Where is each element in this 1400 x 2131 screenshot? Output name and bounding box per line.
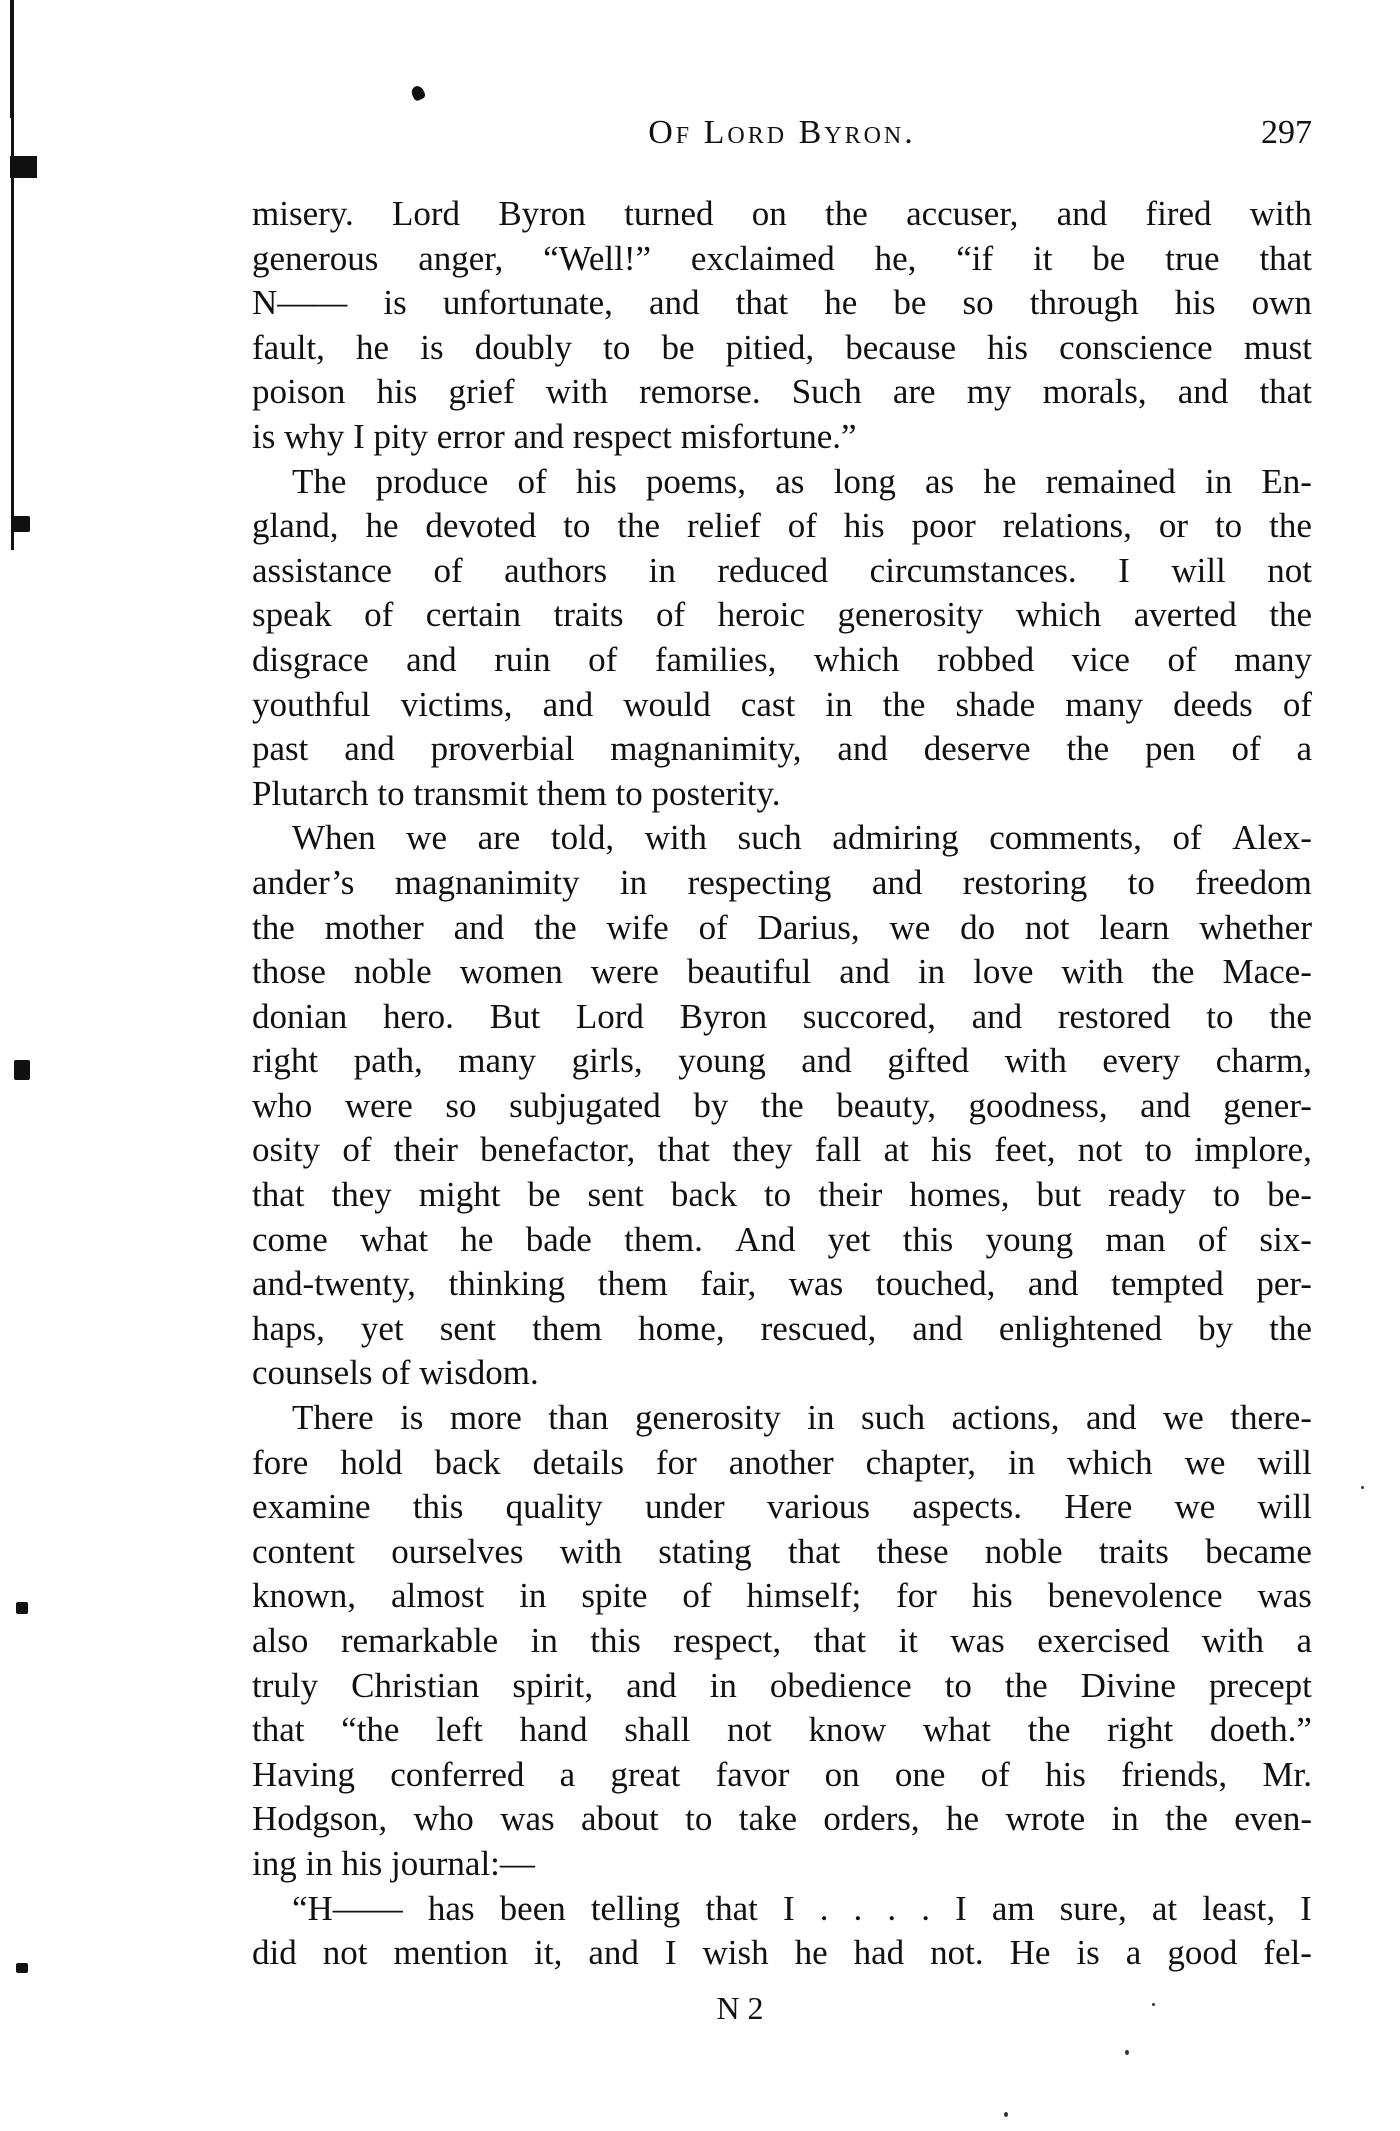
word: must: [1244, 326, 1312, 371]
word: sure,: [1060, 1887, 1127, 1932]
text-line: disgraceandruinoffamilies,whichrobbedvic…: [252, 638, 1312, 683]
word: enlightened: [999, 1307, 1162, 1352]
word: be-: [1267, 1173, 1312, 1218]
word: the: [1005, 1664, 1048, 1709]
word: are: [478, 816, 521, 861]
word: this: [903, 1218, 954, 1263]
word: spite: [581, 1574, 647, 1619]
word: accuser,: [906, 192, 1018, 237]
word: with: [1250, 192, 1312, 237]
word: gener-: [1223, 1084, 1312, 1129]
word: restoring: [963, 861, 1087, 906]
word: that: [252, 1173, 304, 1218]
word: and: [344, 727, 395, 772]
word: is: [383, 281, 406, 326]
word: yet: [828, 1218, 871, 1263]
word: had: [854, 1931, 905, 1976]
word: but: [1036, 1173, 1081, 1218]
word: noble: [354, 950, 432, 995]
word: known,: [252, 1574, 356, 1619]
word: magnanimity: [395, 861, 580, 906]
word: that: [1259, 370, 1311, 415]
word: shall: [624, 1708, 690, 1753]
word: and: [454, 906, 505, 951]
word: one: [895, 1753, 946, 1798]
word: was: [950, 1619, 1004, 1664]
word: rescued,: [761, 1307, 877, 1352]
word: these: [877, 1530, 949, 1575]
word: morals,: [1043, 370, 1147, 415]
word: not: [1267, 549, 1312, 594]
word: fel-: [1263, 1931, 1312, 1976]
word: least,: [1202, 1887, 1275, 1932]
word: respect,: [673, 1619, 781, 1664]
word: with: [1061, 950, 1123, 995]
word: there-: [1230, 1396, 1312, 1441]
text-line: poisonhisgriefwithremorse.Sucharemymoral…: [252, 370, 1312, 415]
word: homes,: [909, 1173, 1009, 1218]
word: gland,: [252, 504, 339, 549]
word: so: [445, 1084, 476, 1129]
word: to: [685, 1797, 712, 1842]
word: love: [973, 950, 1033, 995]
word: and: [1086, 1396, 1137, 1441]
word: details: [533, 1441, 624, 1486]
ink-speck: [410, 84, 427, 102]
word: on: [752, 192, 787, 237]
word: fault,: [252, 326, 325, 371]
word: was: [1257, 1574, 1311, 1619]
word: wife: [607, 906, 669, 951]
word: circumstances.: [870, 549, 1077, 594]
word: for: [656, 1441, 697, 1486]
word: robbed: [937, 638, 1034, 683]
word: remarkable: [341, 1619, 498, 1664]
word: be: [893, 281, 926, 326]
word: of: [981, 1753, 1010, 1798]
word: pitied,: [726, 326, 814, 371]
body-text: misery.LordByronturnedontheaccuser,andfi…: [252, 192, 1312, 1976]
word: became: [1205, 1530, 1312, 1575]
word: per-: [1256, 1262, 1312, 1307]
word: turned: [624, 192, 713, 237]
word: great: [610, 1753, 680, 1798]
word: will: [1257, 1441, 1311, 1486]
margin-mark: [16, 1602, 28, 1614]
word: relations,: [1003, 504, 1132, 549]
word: his: [1175, 281, 1216, 326]
word: another: [729, 1441, 834, 1486]
text-line: pastandproverbialmagnanimity,anddeservet…: [252, 727, 1312, 772]
text-line: N——isunfortunate,andthathebesothroughhis…: [252, 281, 1312, 326]
word: cast: [741, 683, 795, 728]
word: hold: [340, 1441, 402, 1486]
word: En-: [1261, 460, 1312, 505]
word: The: [292, 460, 346, 505]
word: them.: [624, 1218, 703, 1263]
word: those: [252, 950, 326, 995]
word: as: [925, 460, 954, 505]
word: the: [1152, 950, 1195, 995]
word: ready: [1108, 1173, 1186, 1218]
word: Such: [792, 370, 862, 415]
word: traits: [1099, 1530, 1169, 1575]
word: they: [331, 1173, 391, 1218]
word: ruin: [494, 638, 550, 683]
word: chapter,: [866, 1441, 976, 1486]
word: he,: [875, 237, 917, 282]
word: And: [735, 1218, 795, 1263]
text-line: osityoftheirbenefactor,thattheyfallathis…: [252, 1128, 1312, 1173]
word: it: [898, 1619, 917, 1664]
word: that: [788, 1530, 840, 1575]
word: who: [252, 1084, 312, 1129]
word: are: [893, 370, 936, 415]
word: his: [987, 326, 1028, 371]
word: I: [783, 1887, 795, 1932]
word: in: [918, 950, 945, 995]
word: When: [292, 816, 376, 861]
word: hero.: [383, 995, 454, 1040]
word: we: [406, 816, 447, 861]
word: remorse.: [639, 370, 760, 415]
word: to: [1128, 861, 1155, 906]
word: six-: [1259, 1218, 1312, 1263]
word: thinking: [449, 1262, 566, 1307]
word: in: [649, 549, 676, 594]
word: not.: [930, 1931, 983, 1976]
word: comments,: [989, 816, 1142, 861]
word: with: [1005, 1039, 1067, 1084]
text-line: is why I pity error and respect misfortu…: [252, 415, 1312, 460]
text-line: speakofcertaintraitsofheroicgenerositywh…: [252, 593, 1312, 638]
word: is: [420, 326, 443, 371]
word: in: [1008, 1441, 1035, 1486]
word: and: [649, 281, 700, 326]
word: .: [921, 1887, 930, 1932]
word: speak: [252, 593, 332, 638]
running-title: Of Lord Byron.: [252, 114, 1312, 152]
word: has: [428, 1887, 475, 1932]
word: I: [665, 1931, 677, 1976]
word: young: [678, 1039, 766, 1084]
word: Alex-: [1232, 816, 1312, 861]
word: them: [532, 1307, 602, 1352]
word: and: [839, 950, 890, 995]
word: and: [912, 1307, 963, 1352]
word: generosity: [837, 593, 983, 638]
word: of: [699, 906, 728, 951]
word: ourselves: [391, 1530, 523, 1575]
text-line: youthfulvictims,andwouldcastintheshadema…: [252, 683, 1312, 728]
word: it: [1033, 237, 1052, 282]
text-line: Havingconferredagreatfavorononeofhisfrie…: [252, 1753, 1312, 1798]
word: were: [345, 1084, 413, 1129]
word: be: [1092, 237, 1125, 282]
word: we: [1174, 1485, 1215, 1530]
signature-mark: N 2: [0, 1990, 1400, 2027]
word: haps,: [252, 1307, 325, 1352]
text-line: contentourselveswithstatingthatthesenobl…: [252, 1530, 1312, 1575]
word: victims,: [401, 683, 513, 728]
word: to: [1206, 995, 1233, 1040]
word: restored: [1058, 995, 1171, 1040]
word: poor: [912, 504, 976, 549]
word: to: [1215, 504, 1242, 549]
word: goodness,: [969, 1084, 1108, 1129]
word: proverbial: [431, 727, 575, 772]
word: would: [623, 683, 711, 728]
word: he: [460, 1218, 493, 1263]
word: we: [889, 906, 930, 951]
word: the: [883, 683, 926, 728]
word: osity: [252, 1128, 320, 1173]
word: even-: [1234, 1797, 1312, 1842]
word: been: [500, 1887, 566, 1932]
word: will: [1171, 549, 1225, 594]
word: that: [1259, 237, 1311, 282]
word: doubly: [475, 326, 572, 371]
word: mention: [393, 1931, 508, 1976]
word: tempted: [1111, 1262, 1224, 1307]
word: produce: [376, 460, 489, 505]
word: he: [983, 460, 1016, 505]
word: telling: [591, 1887, 680, 1932]
word: that: [814, 1619, 866, 1664]
word: ander’s: [252, 861, 354, 906]
word: devoted: [425, 504, 536, 549]
text-line: haps,yetsentthemhome,rescued,andenlighte…: [252, 1307, 1312, 1352]
word: learn: [1099, 906, 1169, 951]
text-line: comewhathebadethem.Andyetthisyoungmanofs…: [252, 1218, 1312, 1263]
word: various: [767, 1485, 870, 1530]
word: past: [252, 727, 308, 772]
word: we: [1163, 1396, 1204, 1441]
word: favor: [716, 1753, 790, 1798]
word: and: [626, 1664, 677, 1709]
word: the: [1269, 995, 1312, 1040]
word: women: [460, 950, 563, 995]
word: and: [588, 1931, 639, 1976]
word: of: [1172, 816, 1201, 861]
text-line: foreholdbackdetailsforanotherchapter,inw…: [252, 1441, 1312, 1486]
word: succored,: [803, 995, 936, 1040]
word: about: [581, 1797, 659, 1842]
word: “if: [956, 237, 993, 282]
word: not: [727, 1708, 772, 1753]
word: I: [1300, 1887, 1312, 1932]
word: am: [992, 1887, 1035, 1932]
word: his: [576, 460, 617, 505]
text-line: Theproduceofhispoems,aslongasheremainedi…: [252, 460, 1312, 505]
word: because: [845, 326, 956, 371]
word: what: [360, 1218, 428, 1263]
word: he: [824, 281, 857, 326]
word: which: [1067, 1441, 1153, 1486]
word: and: [1140, 1084, 1191, 1129]
word: is: [400, 1396, 423, 1441]
word: in: [825, 683, 852, 728]
word: he: [365, 504, 398, 549]
word: to: [1145, 1128, 1172, 1173]
word: almost: [391, 1574, 484, 1619]
word: Hodgson,: [252, 1797, 387, 1842]
word: many: [1065, 683, 1143, 728]
text-line: donianhero.ButLordByronsuccored,andresto…: [252, 995, 1312, 1040]
word: the: [617, 504, 660, 549]
word: at: [1152, 1887, 1177, 1932]
word: home,: [638, 1307, 725, 1352]
word: shade: [955, 683, 1035, 728]
margin-mark: [16, 1963, 28, 1973]
word: generosity: [635, 1396, 781, 1441]
word: Lord: [576, 995, 644, 1040]
word: the: [1269, 593, 1312, 638]
word: under: [645, 1485, 725, 1530]
word: .: [820, 1887, 829, 1932]
dust-speck: [1004, 2112, 1008, 2117]
word: subjugated: [509, 1084, 661, 1129]
word: right: [1107, 1708, 1173, 1753]
word: and: [1178, 370, 1229, 415]
word: through: [1030, 281, 1139, 326]
word: of: [1231, 727, 1260, 772]
word: a: [1126, 1931, 1142, 1976]
word: and: [872, 861, 923, 906]
word: reduced: [717, 549, 828, 594]
word: averted: [1134, 593, 1237, 638]
word: know: [808, 1708, 886, 1753]
word: back: [435, 1441, 501, 1486]
word: with: [560, 1530, 622, 1575]
word: actions,: [952, 1396, 1060, 1441]
word: that: [252, 1708, 304, 1753]
word: that: [705, 1887, 757, 1932]
word: examine: [252, 1485, 371, 1530]
word: and: [406, 638, 457, 683]
word: take: [739, 1797, 797, 1842]
word: might: [419, 1173, 501, 1218]
journal-quotation: “H——hasbeentellingthatI....Iamsure,atlea…: [252, 1887, 1312, 1976]
word: that: [736, 281, 788, 326]
text-line: “H——hasbeentellingthatI....Iamsure,atlea…: [252, 1887, 1312, 1932]
word: assistance: [252, 549, 392, 594]
word: noble: [985, 1530, 1063, 1575]
word: and: [543, 683, 594, 728]
word: conscience: [1059, 326, 1213, 371]
dust-speck: [1125, 2050, 1129, 2055]
word: stating: [658, 1530, 751, 1575]
word: relief: [687, 504, 761, 549]
word: Christian: [351, 1664, 479, 1709]
text-line: trulyChristianspirit,andinobediencetothe…: [252, 1664, 1312, 1709]
word: the: [252, 906, 295, 951]
word: He: [1010, 1931, 1051, 1976]
word: many: [1234, 638, 1312, 683]
word: of: [682, 1574, 711, 1619]
word: deeds: [1173, 683, 1253, 728]
word: not: [1078, 1128, 1123, 1173]
word: in: [620, 861, 647, 906]
word: magnanimity,: [610, 727, 801, 772]
word: aspects.: [912, 1485, 1022, 1530]
paragraph: Whenwearetold,withsuchadmiringcomments,o…: [252, 816, 1312, 1396]
word: unfortunate,: [443, 281, 613, 326]
word: more: [450, 1396, 522, 1441]
word: mother: [325, 906, 424, 951]
word: of: [1168, 638, 1197, 683]
word: sent: [587, 1173, 643, 1218]
text-line: that“thelefthandshallnotknowwhattheright…: [252, 1708, 1312, 1753]
word: their: [818, 1173, 882, 1218]
text-line: themotherandthewifeofDarius,wedonotlearn…: [252, 906, 1312, 951]
word: the: [1269, 504, 1312, 549]
word: There: [292, 1396, 374, 1441]
word: with: [546, 370, 608, 415]
word: poems,: [646, 460, 746, 505]
word: the: [534, 906, 577, 951]
word: long: [834, 460, 896, 505]
word: remained: [1046, 460, 1176, 505]
word: feet,: [994, 1128, 1055, 1173]
word: deserve: [924, 727, 1031, 772]
word: freedom: [1195, 861, 1312, 906]
word: Having: [252, 1753, 355, 1798]
word: hand: [519, 1708, 587, 1753]
word: I: [1118, 549, 1130, 594]
word: by: [693, 1084, 728, 1129]
word: certain: [426, 593, 521, 638]
word: implore,: [1194, 1128, 1312, 1173]
word: of: [1198, 1218, 1227, 1263]
word: his: [1045, 1753, 1086, 1798]
word: yet: [361, 1307, 404, 1352]
word: the: [1066, 727, 1109, 772]
word: in: [807, 1396, 834, 1441]
text-line: Hodgson,whowasabouttotakeorders,hewrotei…: [252, 1797, 1312, 1842]
word: which: [814, 638, 900, 683]
word: admiring: [832, 816, 958, 861]
word: “Well!”: [543, 237, 651, 282]
word: not: [323, 1931, 368, 1976]
word: who: [414, 1797, 474, 1842]
word: Mace-: [1222, 950, 1311, 995]
word: that: [657, 1128, 709, 1173]
word: were: [591, 950, 659, 995]
word: benefactor,: [480, 1128, 635, 1173]
word: told,: [551, 816, 614, 861]
word: as: [775, 460, 804, 505]
word: respecting: [688, 861, 832, 906]
word: doeth.”: [1210, 1708, 1312, 1753]
word: for: [896, 1574, 937, 1619]
word: in: [1112, 1797, 1139, 1842]
word: we: [1185, 1441, 1226, 1486]
word: back: [671, 1173, 737, 1218]
word: “H——: [292, 1887, 403, 1932]
word: wrote: [1005, 1797, 1085, 1842]
word: the: [1028, 1708, 1071, 1753]
word: was: [789, 1262, 843, 1307]
word: his: [377, 370, 418, 415]
word: beauty,: [836, 1084, 936, 1129]
word: of: [518, 460, 547, 505]
dust-speck: [1361, 1486, 1364, 1489]
word: many: [458, 1039, 536, 1084]
word: exercised: [1037, 1619, 1169, 1664]
word: on: [825, 1753, 860, 1798]
word: But: [490, 995, 541, 1040]
